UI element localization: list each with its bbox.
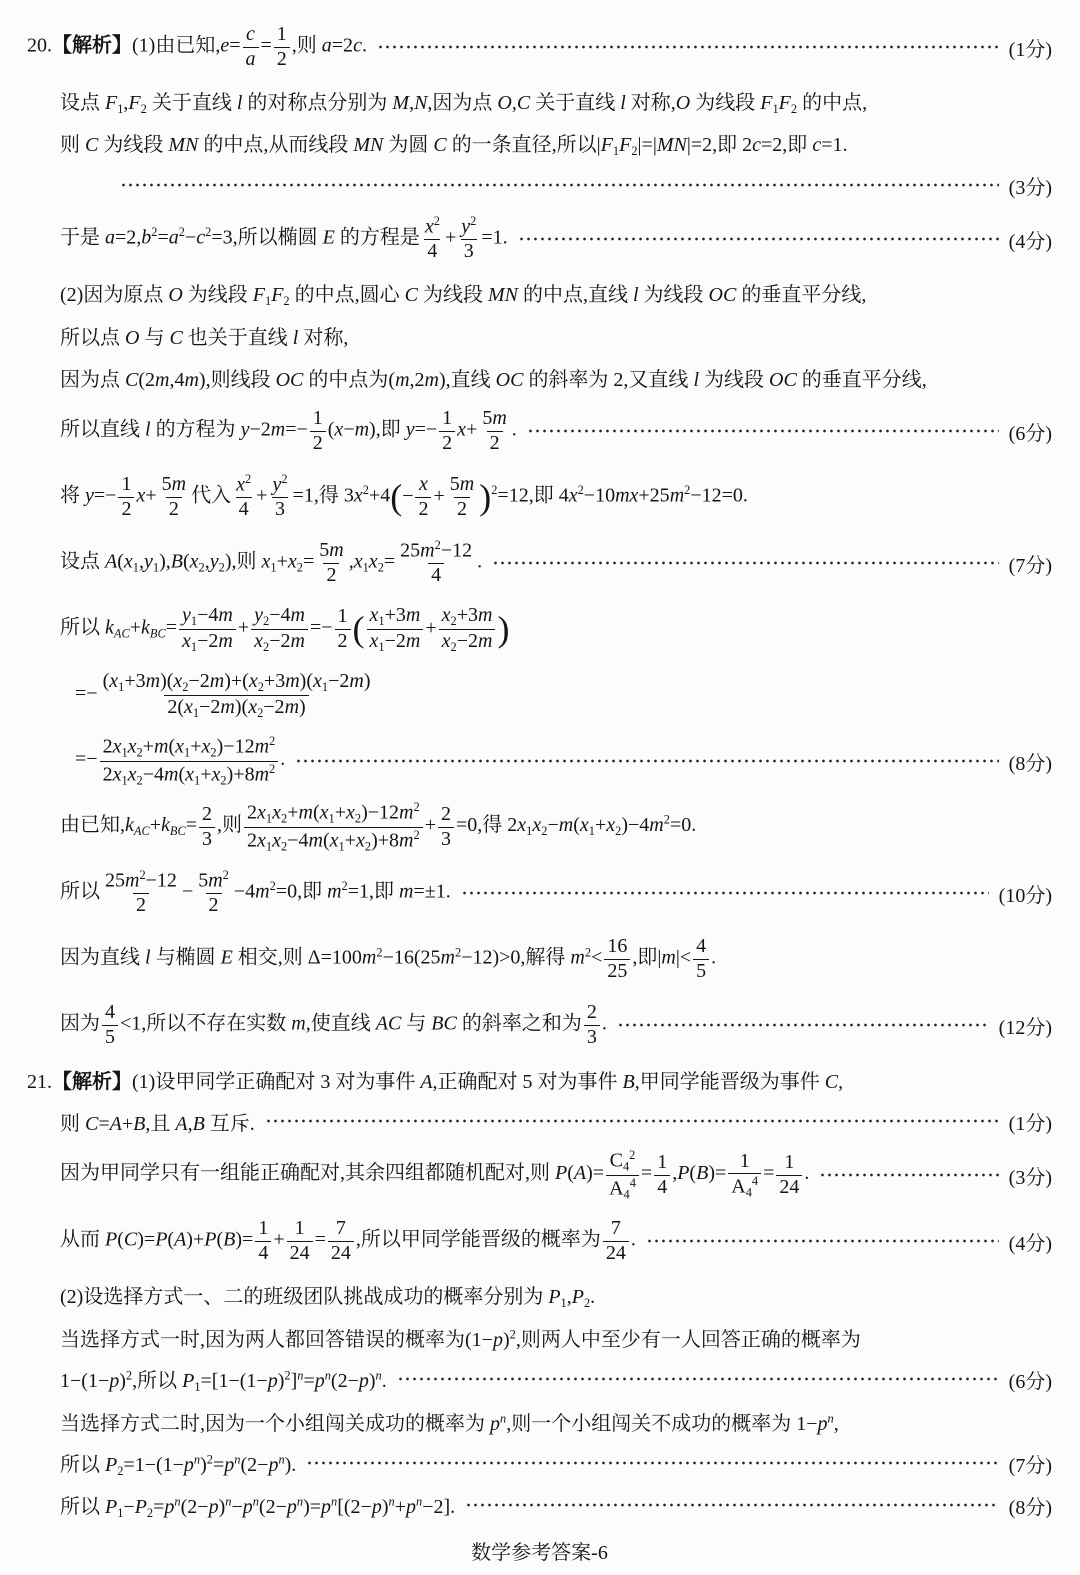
line-content: 因为点 C(2m,4m),则线段 OC 的中点为(m,2m),直线 OC 的斜率… [60, 363, 927, 392]
solution-line: 所以 kAC+kBC=y1−4mx1−2m+y2−4mx2−2m=−12(x1+… [27, 596, 1052, 662]
fraction: 45 [693, 935, 709, 983]
solution-line: 因为点 C(2m,4m),则线段 OC 的中点为(m,2m),直线 OC 的斜率… [27, 356, 1052, 398]
solution-line: 20.【解析】(1)由已知,e=ca=12,则 a=2c.(1分) [27, 14, 1052, 80]
line-content: 则 C=A+B,且 A,B 互斥. [60, 1107, 255, 1136]
solution-line: 所以25m2−122−5m22−4m2=0,即 m2=1,即 m=±1.(10分… [27, 860, 1052, 926]
score-label: (3分) [1009, 1161, 1052, 1190]
fraction: 124 [287, 1217, 313, 1265]
line-content: =−2x1x2+m(x1+x2)−12m22x1x2−4m(x1+x2)+8m2… [75, 734, 285, 787]
line-content: 当选择方式一时,因为两人都回答错误的概率为(1−p)2,则两人中至少有一人回答正… [60, 1323, 861, 1352]
solution-line: 所以直线 l 的方程为 y−2m=−12(x−m),即 y=−12x+5m2.(… [27, 398, 1052, 464]
solution-line: 则 C=A+B,且 A,B 互斥.(1分) [27, 1100, 1052, 1142]
dotted-leader [265, 1111, 999, 1131]
dotted-leader [518, 229, 999, 249]
solution-line: 因为甲同学只有一组能正确配对,其余四组都随机配对,则 P(A)=C42A44=1… [27, 1142, 1052, 1208]
score-label: (4分) [1009, 1227, 1052, 1256]
fraction: x24 [233, 472, 254, 522]
solution-line: 当选择方式一时,因为两人都回答错误的概率为(1−p)2,则两人中至少有一人回答正… [27, 1316, 1052, 1358]
document-body: 20.【解析】(1)由已知,e=ca=12,则 a=2c.(1分)设点 F1,F… [27, 14, 1052, 1526]
solution-line: (3分) [27, 164, 1052, 206]
fraction: 23 [199, 803, 215, 851]
score-label: (4分) [1009, 225, 1052, 254]
line-content: 所以点 O 与 C 也关于直线 l 对称, [60, 321, 348, 350]
fraction: 2x1x2+m(x1+x2)−12m22x1x2−4m(x1+x2)+8m2 [100, 734, 279, 787]
dotted-leader [527, 421, 999, 441]
fraction: C42A44 [606, 1148, 639, 1201]
line-content: (2)设选择方式一、二的班级团队挑战成功的概率分别为 P1,P2. [60, 1280, 595, 1311]
line-content: 于是 a=2,b2=a2−c2=3,所以椭圆 E 的方程是x24+y23=1. [60, 214, 508, 264]
page-footer: 数学参考答案-6 [27, 1536, 1052, 1570]
solution-line: 将 y=−12x+5m2代入x24+y23=1,得 3x2+4(−x2+5m2)… [27, 464, 1052, 530]
solution-line: 因为直线 l 与椭圆 E 相交,则 Δ=100m2−16(25m2−12)>0,… [27, 926, 1052, 992]
solution-line: 所以 P2=1−(1−pn)2=pn(2−pn).(7分) [27, 1442, 1052, 1484]
score-label: (1分) [1009, 33, 1052, 62]
fraction: 12 [310, 407, 326, 455]
line-content: 将 y=−12x+5m2代入x24+y23=1,得 3x2+4(−x2+5m2)… [60, 472, 748, 522]
fraction: 25m2−124 [397, 538, 475, 588]
score-label: (6分) [1009, 417, 1052, 446]
line-content: 所以 P1−P2=pn(2−p)n−pn(2−pn)=pn[(2−p)n+pn−… [60, 1490, 455, 1521]
dotted-leader [397, 1369, 999, 1389]
score-label: (7分) [1009, 1449, 1052, 1478]
dotted-leader [465, 1495, 999, 1515]
fraction: 724 [328, 1217, 354, 1265]
fraction: 12 [274, 23, 290, 71]
line-content: 所以直线 l 的方程为 y−2m=−12(x−m),即 y=−12x+5m2. [60, 407, 517, 455]
score-label: (3分) [1009, 171, 1052, 200]
fraction: y23 [458, 214, 479, 264]
solution-line: 当选择方式二时,因为一个小组闯关成功的概率为 pn,则一个小组闯关不成功的概率为… [27, 1400, 1052, 1442]
fraction: 724 [603, 1217, 629, 1265]
answer-sheet-page: 20.【解析】(1)由已知,e=ca=12,则 a=2c.(1分)设点 F1,F… [0, 0, 1080, 1575]
line-content: 从而 P(C)=P(A)+P(B)=14+124=724,所以甲同学能晋级的概率… [60, 1217, 636, 1265]
fraction: x2+3mx2−2m [439, 604, 496, 654]
fraction: 12 [439, 407, 455, 455]
dotted-leader [306, 1453, 998, 1473]
score-label: (1分) [1009, 1107, 1052, 1136]
fraction: x2 [415, 473, 431, 521]
score-label: (10分) [999, 879, 1052, 908]
line-content: 21.【解析】(1)设甲同学正确配对 3 对为事件 A,正确配对 5 对为事件 … [27, 1065, 843, 1094]
line-content: 由已知,kAC+kBC=23,则2x1x2+m(x1+x2)−12m22x1x2… [60, 800, 696, 853]
solution-line: 1−(1−p)2,所以 P1=[1−(1−p)2]n=pn(2−p)n.(6分) [27, 1358, 1052, 1400]
solution-line: 所以点 O 与 C 也关于直线 l 对称, [27, 314, 1052, 356]
solution-line: =−(x1+3m)(x2−2m)+(x2+3m)(x1−2m)2(x1−2m)(… [27, 662, 1052, 728]
line-content: 所以 P2=1−(1−pn)2=pn(2−pn). [60, 1448, 296, 1479]
fraction: 5m2 [159, 473, 189, 521]
solution-line: 设点 A(x1,y1),B(x2,y2),则 x1+x2=5m2,x1x2=25… [27, 530, 1052, 596]
fraction: 12 [118, 473, 134, 521]
fraction: x1+3mx1−2m [367, 604, 424, 654]
fraction: 14 [654, 1151, 670, 1199]
score-label: (8分) [1009, 1491, 1052, 1520]
line-content: 所以25m2−122−5m22−4m2=0,即 m2=1,即 m=±1. [60, 868, 451, 918]
line-content: 因为45<1,所以不存在实数 m,使直线 AC 与 BC 的斜率之和为23. [60, 1001, 607, 1049]
solution-line: =−2x1x2+m(x1+x2)−12m22x1x2−4m(x1+x2)+8m2… [27, 728, 1052, 794]
score-label: (6分) [1009, 1365, 1052, 1394]
dotted-leader [295, 751, 998, 771]
dotted-leader [646, 1231, 999, 1251]
solution-line: 设点 F1,F2 关于直线 l 的对称点分别为 M,N,因为点 O,C 关于直线… [27, 80, 1052, 122]
dotted-leader [617, 1015, 989, 1035]
solution-line: 所以 P1−P2=pn(2−p)n−pn(2−pn)=pn[(2−p)n+pn−… [27, 1484, 1052, 1526]
line-content: 因为甲同学只有一组能正确配对,其余四组都随机配对,则 P(A)=C42A44=1… [60, 1148, 809, 1201]
line-content: 当选择方式二时,因为一个小组闯关成功的概率为 pn,则一个小组闯关不成功的概率为… [60, 1407, 839, 1436]
solution-line: 21.【解析】(1)设甲同学正确配对 3 对为事件 A,正确配对 5 对为事件 … [27, 1058, 1052, 1100]
fraction: 1625 [604, 935, 630, 983]
score-label: (7分) [1009, 549, 1052, 578]
fraction: 23 [584, 1001, 600, 1049]
fraction: 23 [438, 803, 454, 851]
fraction: x24 [422, 214, 443, 264]
line-content: 设点 A(x1,y1),B(x2,y2),则 x1+x2=5m2,x1x2=25… [60, 538, 482, 588]
line-content: 1−(1−p)2,所以 P1=[1−(1−p)2]n=pn(2−p)n. [60, 1364, 387, 1395]
fraction: 1A44 [728, 1150, 761, 1201]
dotted-leader [377, 37, 999, 57]
fraction: y23 [269, 472, 290, 522]
solution-line: 从而 P(C)=P(A)+P(B)=14+124=724,所以甲同学能晋级的概率… [27, 1208, 1052, 1274]
dotted-leader [819, 1165, 998, 1185]
line-content: 20.【解析】(1)由已知,e=ca=12,则 a=2c. [27, 23, 367, 71]
fraction: 14 [255, 1217, 271, 1265]
solution-line: (2)设选择方式一、二的班级团队挑战成功的概率分别为 P1,P2. [27, 1274, 1052, 1316]
fraction: y1−4mx1−2m [179, 604, 236, 654]
line-content: =−(x1+3m)(x2−2m)+(x2+3m)(x1−2m)2(x1−2m)(… [75, 670, 375, 720]
fraction: 2x1x2+m(x1+x2)−12m22x1x2−4m(x1+x2)+8m2 [244, 800, 423, 853]
fraction: 45 [102, 1001, 118, 1049]
fraction: 124 [776, 1151, 802, 1199]
line-content: 设点 F1,F2 关于直线 l 的对称点分别为 M,N,因为点 O,C 关于直线… [60, 86, 867, 117]
fraction: y2−4mx2−2m [251, 604, 308, 654]
fraction: ca [243, 23, 259, 71]
solution-line: 由已知,kAC+kBC=23,则2x1x2+m(x1+x2)−12m22x1x2… [27, 794, 1052, 860]
solution-line: 因为45<1,所以不存在实数 m,使直线 AC 与 BC 的斜率之和为23.(1… [27, 992, 1052, 1058]
fraction: 5m2 [479, 407, 509, 455]
line-content: 所以 kAC+kBC=y1−4mx1−2m+y2−4mx2−2m=−12(x1+… [60, 604, 509, 654]
fraction: 5m2 [316, 539, 346, 587]
line-content: 因为直线 l 与椭圆 E 相交,则 Δ=100m2−16(25m2−12)>0,… [60, 935, 716, 983]
fraction: 5m22 [195, 868, 232, 918]
dotted-leader [120, 175, 999, 195]
fraction: 5m2 [447, 473, 477, 521]
line-content: (2)因为原点 O 为线段 F1F2 的中点,圆心 C 为线段 MN 的中点,直… [60, 278, 866, 309]
solution-line: (2)因为原点 O 为线段 F1F2 的中点,圆心 C 为线段 MN 的中点,直… [27, 272, 1052, 314]
line-content: 则 C 为线段 MN 的中点,从而线段 MN 为圆 C 的一条直径,所以|F1F… [60, 128, 847, 159]
fraction: 12 [335, 605, 351, 653]
score-label: (8分) [1009, 747, 1052, 776]
fraction: 25m2−122 [102, 868, 180, 918]
solution-line: 则 C 为线段 MN 的中点,从而线段 MN 为圆 C 的一条直径,所以|F1F… [27, 122, 1052, 164]
dotted-leader [492, 553, 999, 573]
dotted-leader [461, 883, 989, 903]
fraction: (x1+3m)(x2−2m)+(x2+3m)(x1−2m)2(x1−2m)(x2… [100, 670, 374, 720]
score-label: (12分) [999, 1011, 1052, 1040]
solution-line: 于是 a=2,b2=a2−c2=3,所以椭圆 E 的方程是x24+y23=1.(… [27, 206, 1052, 272]
